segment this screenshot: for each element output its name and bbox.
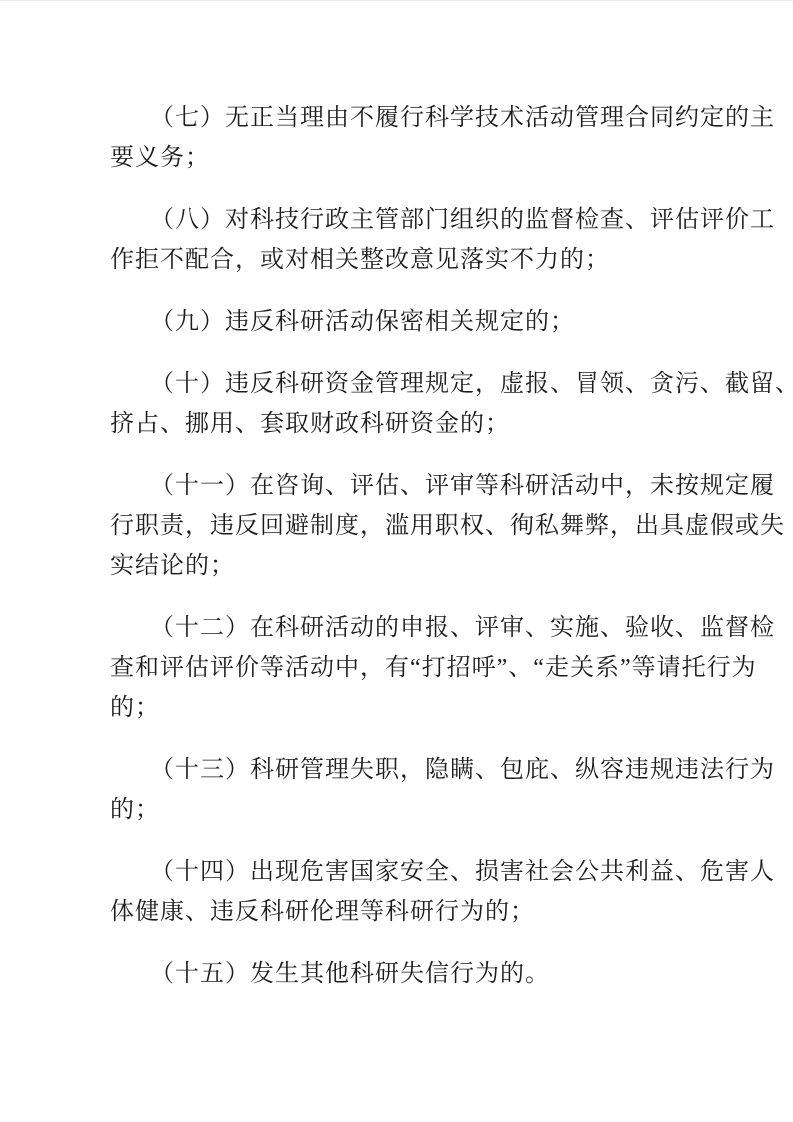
text-line: （七）无正当理由不履行科学技术活动管理合同约定的主	[110, 98, 779, 138]
clause-8: （八）对科技行政主管部门组织的监督检查、评估评价工 作拒不配合，或对相关整改意见…	[110, 200, 779, 280]
text-line: 体健康、违反科研伦理等科研行为的；	[110, 892, 779, 932]
text-line: （十一）在咨询、评估、评审等科研活动中，未按规定履	[110, 466, 779, 506]
text-line: 查和评估评价等活动中，有“打招呼”、“走关系”等请托行为	[110, 648, 779, 688]
clause-10: （十）违反科研资金管理规定，虚报、冒领、贪污、截留、 挤占、挪用、套取财政科研资…	[110, 364, 779, 444]
clause-7: （七）无正当理由不履行科学技术活动管理合同约定的主 要义务；	[110, 98, 779, 178]
clause-14: （十四）出现危害国家安全、损害社会公共利益、危害人 体健康、违反科研伦理等科研行…	[110, 852, 779, 932]
document-page: （七）无正当理由不履行科学技术活动管理合同约定的主 要义务； （八）对科技行政主…	[0, 0, 793, 1122]
text-line: 实结论的；	[110, 546, 779, 586]
text-line: （十）违反科研资金管理规定，虚报、冒领、贪污、截留、	[110, 364, 779, 404]
text-line: （九）违反科研活动保密相关规定的；	[110, 302, 779, 342]
clause-15: （十五）发生其他科研失信行为的。	[110, 954, 779, 994]
clause-11: （十一）在咨询、评估、评审等科研活动中，未按规定履 行职责，违反回避制度，滥用职…	[110, 466, 779, 586]
text-line: （十二）在科研活动的申报、评审、实施、验收、监督检	[110, 608, 779, 648]
text-line: （十五）发生其他科研失信行为的。	[110, 954, 779, 994]
clause-12: （十二）在科研活动的申报、评审、实施、验收、监督检 查和评估评价等活动中，有“打…	[110, 608, 779, 728]
clause-13: （十三）科研管理失职，隐瞒、包庇、纵容违规违法行为 的；	[110, 750, 779, 830]
text-line: 行职责，违反回避制度，滥用职权、徇私舞弊，出具虚假或失	[110, 506, 779, 546]
text-line: 作拒不配合，或对相关整改意见落实不力的；	[110, 240, 779, 280]
text-line: 的；	[110, 688, 779, 728]
text-line: 的；	[110, 790, 779, 830]
text-line: （十三）科研管理失职，隐瞒、包庇、纵容违规违法行为	[110, 750, 779, 790]
text-line: （十四）出现危害国家安全、损害社会公共利益、危害人	[110, 852, 779, 892]
text-line: （八）对科技行政主管部门组织的监督检查、评估评价工	[110, 200, 779, 240]
text-line: 要义务；	[110, 138, 779, 178]
text-line: 挤占、挪用、套取财政科研资金的；	[110, 404, 779, 444]
clause-9: （九）违反科研活动保密相关规定的；	[110, 302, 779, 342]
